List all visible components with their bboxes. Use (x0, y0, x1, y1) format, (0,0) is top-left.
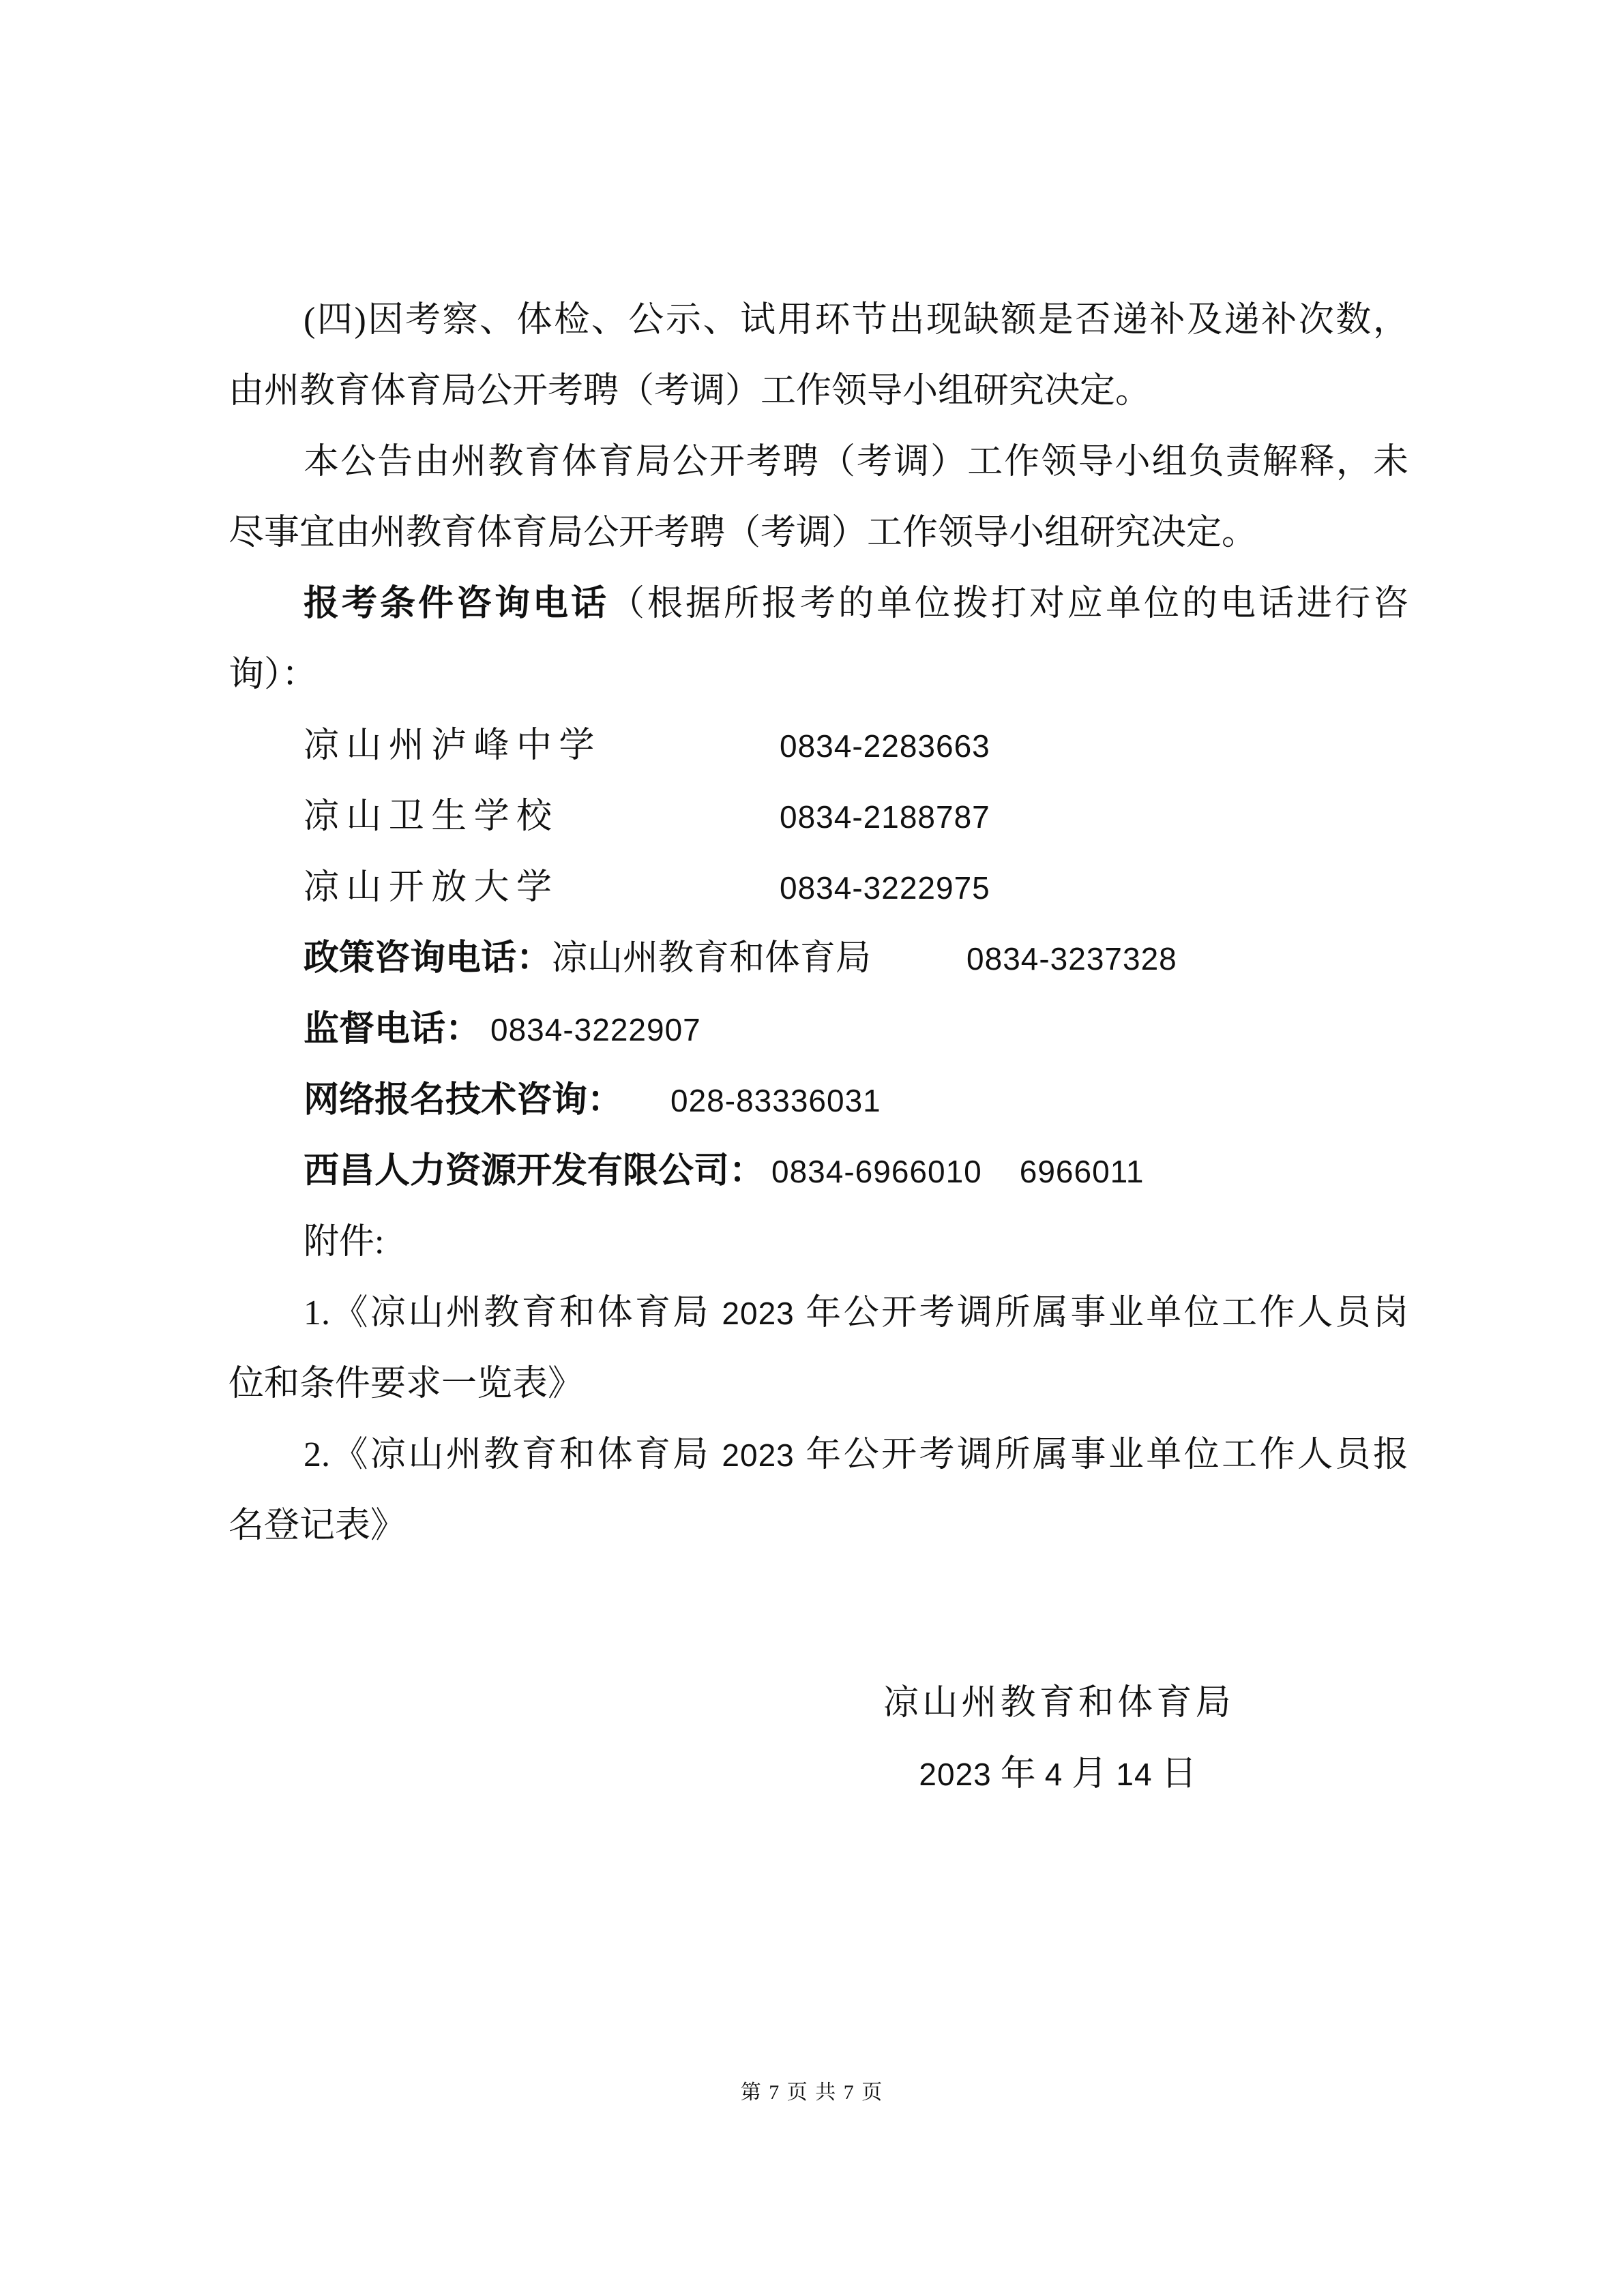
para-consult-intro-line2: 询）： (228, 640, 1408, 711)
para-supplement-line1: (四)因考察、体检、公示、试用环节出现缺额是否递补及递补次数， (228, 285, 1408, 356)
policy-phone-label: 政策咨询电话： (304, 939, 552, 978)
signature-date-sep: 年 (992, 1755, 1045, 1793)
phone-number: 028-83336031 (670, 1083, 881, 1118)
phone-number: 0834-3237328 (966, 941, 1177, 976)
supervision-phone-row: 监督电话：0834-3222907 (228, 994, 1408, 1065)
attachment-1-year: 2023 (722, 1296, 794, 1331)
attachment-item-2-line1: 2.《凉山州教育和体育局 2023 年公开考调所属事业单位工作人员报 (228, 1420, 1408, 1491)
policy-phone-row: 政策咨询电话：凉山州教育和体育局0834-3237328 (228, 923, 1408, 994)
hotline-row: 凉山州泸峰中学0834-2283663 (228, 711, 1408, 781)
tech-support-row: 网络报名技术咨询：028-83336031 (228, 1065, 1408, 1136)
para-interpretation-line1: 本公告由州教育体育局公开考聘（考调）工作领导小组负责解释，未 (228, 427, 1408, 498)
company-phone-label: 西昌人力资源开发有限公司： (304, 1152, 765, 1191)
phone-number: 0834-2188787 (780, 799, 990, 835)
policy-phone-org: 凉山州教育和体育局 (552, 939, 871, 978)
phone-number: 6966011 (1020, 1154, 1145, 1189)
attachment-item-2-line2: 名登记表》 (228, 1491, 1408, 1562)
signature-date-sep: 日 (1153, 1755, 1197, 1793)
tech-support-label: 网络报名技术咨询： (304, 1081, 623, 1120)
attachment-2-year: 2023 (722, 1437, 794, 1473)
supervision-phone-label: 监督电话： (304, 1010, 481, 1049)
signature-block: 凉山州教育和体育局 2023 年 4 月 14 日 (883, 1668, 1232, 1810)
para-supplement-line2: 由州教育体育局公开考聘（考调）工作领导小组研究决定。 (228, 356, 1408, 427)
attachment-2-text: 年公开考调所属事业单位工作人员报 (795, 1435, 1408, 1474)
consult-intro-rest: （根据所报考的单位拨打对应单位的电话进行咨 (609, 584, 1408, 623)
consult-intro-label: 报考条件咨询电话 (304, 584, 609, 623)
page-footer: 第 7 页 共 7 页 (0, 2080, 1624, 2106)
attachment-item-1-line1: 1.《凉山州教育和体育局 2023 年公开考调所属事业单位工作人员岗 (228, 1278, 1408, 1349)
phone-number: 0834-2283663 (780, 728, 990, 764)
hotline-row: 凉山开放大学0834-3222975 (228, 852, 1408, 923)
signature-date: 2023 年 4 月 14 日 (883, 1739, 1232, 1810)
document-page: (四)因考察、体检、公示、试用环节出现缺额是否递补及递补次数， 由州教育体育局公… (0, 0, 1624, 2296)
company-phone-row: 西昌人力资源开发有限公司：0834-69660106966011 (228, 1136, 1408, 1207)
hotline-row: 凉山卫生学校0834-2188787 (228, 781, 1408, 852)
signature-date-year: 2023 (919, 1757, 991, 1792)
para-consult-intro-line1: 报考条件咨询电话（根据所报考的单位拨打对应单位的电话进行咨 (228, 569, 1408, 640)
signature-date-sep: 月 (1063, 1755, 1116, 1793)
para-interpretation-line2: 尽事宜由州教育体育局公开考聘（考调）工作领导小组研究决定。 (228, 498, 1408, 569)
signature-date-month: 4 (1045, 1757, 1063, 1792)
school-name: 凉山开放大学 (304, 852, 780, 923)
attachment-1-text: 1.《凉山州教育和体育局 (304, 1294, 722, 1332)
phone-number: 0834-6966010 (771, 1154, 982, 1189)
signature-date-day: 14 (1116, 1757, 1152, 1792)
phone-number: 0834-3222975 (780, 870, 990, 906)
school-name: 凉山卫生学校 (304, 781, 780, 852)
attachment-1-text: 年公开考调所属事业单位工作人员岗 (795, 1294, 1408, 1332)
signature-org: 凉山州教育和体育局 (883, 1668, 1232, 1739)
school-name: 凉山州泸峰中学 (304, 711, 780, 781)
attachment-item-1-line2: 位和条件要求一览表》 (228, 1349, 1408, 1420)
attachments-heading: 附件: (228, 1207, 1408, 1278)
document-body: (四)因考察、体检、公示、试用环节出现缺额是否递补及递补次数， 由州教育体育局公… (228, 285, 1408, 1810)
phone-number: 0834-3222907 (490, 1012, 701, 1047)
attachment-2-text: 2.《凉山州教育和体育局 (304, 1435, 722, 1474)
